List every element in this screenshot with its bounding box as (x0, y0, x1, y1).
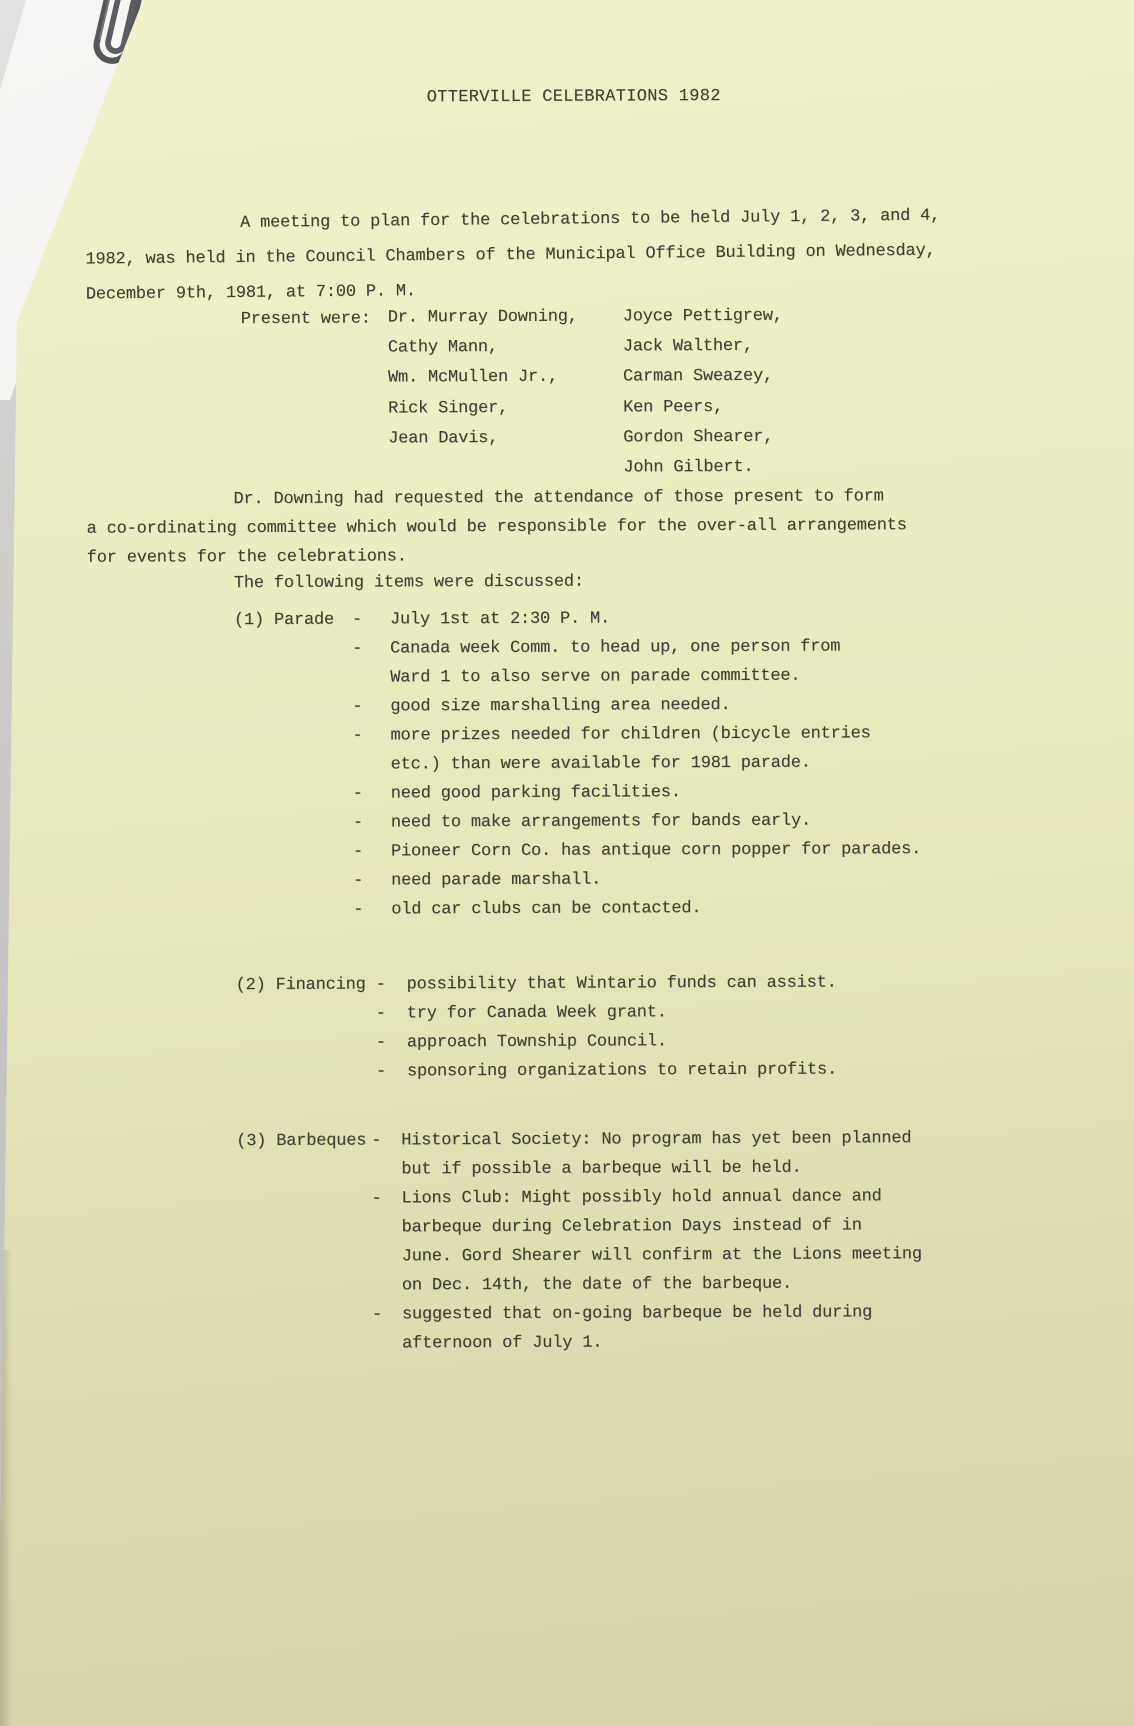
section-row: -need good parking facilities. (88, 777, 1068, 810)
section-row: -need parade marshall. (88, 864, 1068, 897)
bullet-dash: - (353, 808, 391, 837)
section-row: -Pioneer Corn Co. has antique corn poppe… (88, 835, 1068, 868)
opening-paragraph: A meeting to plan for the celebrations t… (85, 198, 986, 312)
indent-spacer (89, 971, 236, 1001)
bullet-dash: - (376, 1057, 407, 1086)
section-item-text: sponsoring organizations to retain profi… (407, 1055, 1069, 1087)
section-row: (3)Barbeques-Historical Society: No prog… (89, 1124, 1069, 1186)
section-row: -suggested that on-going barbeque be hel… (90, 1298, 1070, 1360)
attendee-name: Carman Sweazey, (623, 362, 783, 393)
indent-spacer (87, 606, 234, 636)
typed-content: OTTERVILLE CELEBRATIONS 1982 A meeting t… (0, 0, 1134, 1726)
attendee-name: Jean Davis, (388, 423, 578, 454)
bullet-dash: - (372, 1300, 402, 1358)
section-item-text: Historical Society: No program has yet b… (401, 1124, 1069, 1185)
indent-spacer (88, 896, 353, 926)
section-number: (3) (236, 1127, 276, 1185)
attendee-name: Wm. McMullen Jr., (388, 363, 578, 394)
bullet-dash: - (353, 866, 391, 895)
section-row: (1)Parade-July 1st at 2:30 P. M. (87, 603, 1067, 636)
section-row: -need to make arrangements for bands ear… (88, 806, 1068, 839)
section-parade: (1)Parade-July 1st at 2:30 P. M.-Canada … (87, 603, 1068, 926)
indent-spacer (89, 1000, 376, 1030)
attendees-column-2: Joyce Pettigrew,Jack Walther,Carman Swea… (623, 302, 784, 484)
section-row: -old car clubs can be contacted. (88, 893, 1068, 926)
section-name: Financing (276, 971, 376, 1000)
present-were-label: Present were: (241, 310, 371, 330)
attendee-name: John Gilbert. (623, 453, 783, 484)
indent-spacer (89, 1058, 376, 1088)
section-row: (2)Financing-possibility that Wintario f… (89, 968, 1069, 1001)
section-row: -sponsoring organizations to retain prof… (89, 1055, 1069, 1088)
section-item-text: possibility that Wintario funds can assi… (407, 968, 1069, 1000)
indent-spacer (88, 809, 353, 839)
indent-spacer (89, 1127, 236, 1186)
section-item-text: more prizes needed for children (bicycle… (390, 719, 1067, 780)
indent-spacer (88, 867, 353, 897)
bullet-dash: - (371, 1126, 401, 1184)
section-item-text: Lions Club: Might possibly hold annual d… (401, 1182, 1069, 1301)
bullet-dash: - (353, 895, 391, 924)
attendee-name: Joyce Pettigrew, (623, 302, 783, 333)
bullet-dash: - (353, 779, 391, 808)
items-intro: The following items were discussed: (234, 573, 584, 594)
scan-background: OTTERVILLE CELEBRATIONS 1982 A meeting t… (0, 0, 1134, 1726)
attendee-name: Jack Walther, (623, 332, 783, 363)
section-row: -more prizes needed for children (bicycl… (87, 719, 1067, 781)
section-name: Barbeques (276, 1127, 371, 1185)
section-barbeques: (3)Barbeques-Historical Society: No prog… (89, 1124, 1070, 1360)
section-item-text: need parade marshall. (391, 864, 1068, 896)
attendee-name: Gordon Shearer, (623, 423, 783, 454)
section-number: (2) (236, 971, 276, 1000)
indent-spacer (87, 635, 352, 694)
indent-spacer (88, 780, 353, 810)
indent-spacer (89, 1185, 372, 1302)
bullet-dash: - (371, 1184, 402, 1300)
section-row: -Canada week Comm. to head up, one perso… (87, 632, 1067, 694)
section-row: -good size marshalling area needed. (87, 690, 1067, 723)
bullet-dash: - (352, 721, 390, 779)
bullet-dash: - (376, 999, 407, 1028)
attendee-name: Rick Singer, (388, 393, 578, 424)
bullet-dash: - (376, 970, 407, 999)
committee-paragraph: Dr. Downing had requested the attendance… (86, 482, 986, 573)
section-row: -Lions Club: Might possibly hold annual … (89, 1182, 1069, 1302)
attendees-column-1: Dr. Murray Downing,Cathy Mann,Wm. McMull… (388, 303, 579, 455)
indent-spacer (88, 838, 353, 868)
section-item-text: Canada week Comm. to head up, one person… (390, 632, 1067, 693)
attendee-name: Ken Peers, (623, 392, 783, 423)
indent-spacer (90, 1301, 372, 1360)
attendee-name: Cathy Mann, (388, 333, 578, 364)
section-row: -try for Canada Week grant. (89, 997, 1069, 1030)
bullet-dash: - (353, 837, 391, 866)
section-item-text: need good parking facilities. (391, 777, 1068, 809)
section-name: Parade (274, 606, 352, 635)
document-page: OTTERVILLE CELEBRATIONS 1982 A meeting t… (0, 0, 1134, 1726)
section-financing: (2)Financing-possibility that Wintario f… (89, 968, 1069, 1088)
section-item-text: need to make arrangements for bands earl… (391, 806, 1068, 838)
indent-spacer (87, 722, 352, 781)
section-item-text: try for Canada Week grant. (407, 997, 1069, 1029)
indent-spacer (87, 693, 352, 723)
section-row: -approach Township Council. (89, 1026, 1069, 1059)
section-item-text: approach Township Council. (407, 1026, 1069, 1058)
sections: (1)Parade-July 1st at 2:30 P. M.-Canada … (87, 603, 1070, 1360)
section-item-text: good size marshalling area needed. (390, 690, 1067, 722)
page-title: OTTERVILLE CELEBRATIONS 1982 (427, 87, 721, 107)
section-item-text: July 1st at 2:30 P. M. (390, 603, 1067, 635)
bullet-dash: - (352, 605, 390, 634)
indent-spacer (89, 1029, 376, 1059)
bullet-dash: - (352, 692, 390, 721)
section-number: (1) (234, 606, 274, 635)
bullet-dash: - (376, 1028, 407, 1057)
bullet-dash: - (352, 634, 390, 692)
attendee-name: Dr. Murray Downing, (388, 303, 578, 334)
section-item-text: old car clubs can be contacted. (391, 893, 1068, 925)
section-item-text: Pioneer Corn Co. has antique corn popper… (391, 835, 1068, 867)
section-item-text: suggested that on-going barbeque be held… (402, 1298, 1070, 1359)
